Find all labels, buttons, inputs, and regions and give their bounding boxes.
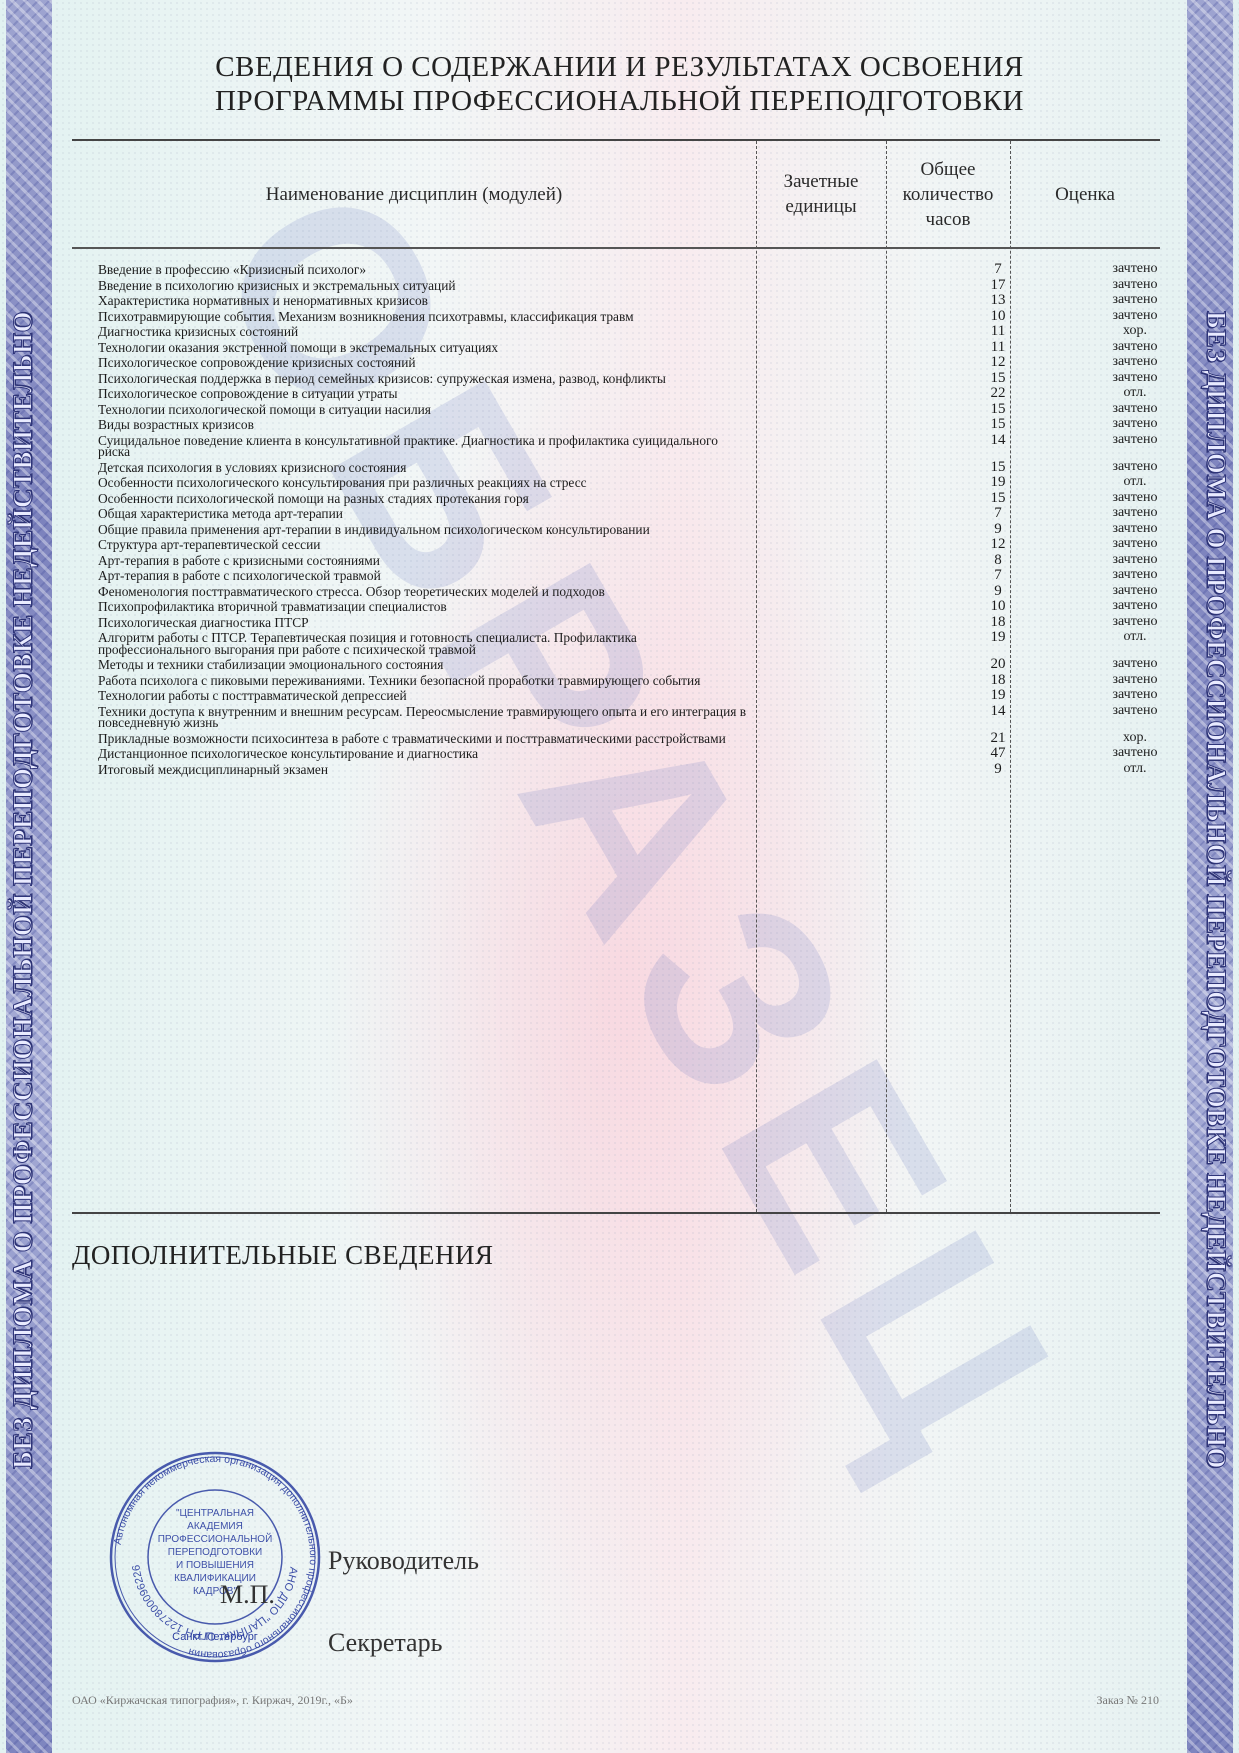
- discipline-name: Алгоритм работы с ПТСР. Терапевтическая …: [98, 630, 748, 657]
- svg-text:И ПОВЫШЕНИЯ: И ПОВЫШЕНИЯ: [176, 1560, 254, 1571]
- discipline-grade: зачтено: [1060, 506, 1210, 519]
- discipline-hours: 10: [936, 599, 1060, 613]
- table-row: Психологическая поддержка в период семей…: [98, 371, 1160, 387]
- discipline-hours: 13: [936, 293, 1060, 307]
- discipline-hours: 7: [936, 262, 1060, 276]
- table-row: Общие правила применения арт-терапии в и…: [98, 522, 1160, 538]
- discipline-grade: зачтено: [1060, 278, 1210, 291]
- discipline-hours: 15: [936, 491, 1060, 505]
- header-credits-line2: единицы: [784, 194, 859, 219]
- svg-text:АКАДЕМИЯ: АКАДЕМИЯ: [187, 1521, 243, 1532]
- discipline-grade: отл.: [1060, 475, 1210, 488]
- table-row: Прикладные возможности психосинтеза в ра…: [98, 731, 1160, 747]
- table-row: Психологическая диагностика ПТСР18зачтен…: [98, 615, 1160, 631]
- discipline-grade: зачтено: [1060, 309, 1210, 322]
- table-row: Итоговый междисциплинарный экзамен9отл.: [98, 762, 1160, 778]
- discipline-hours: 15: [936, 460, 1060, 474]
- table-row: Особенности психологического консультиро…: [98, 475, 1160, 491]
- table-row: Работа психолога с пиковыми переживаниям…: [98, 673, 1160, 689]
- discipline-hours: 11: [936, 324, 1060, 338]
- discipline-name: Введение в профессию «Кризисный психолог…: [98, 262, 748, 278]
- table-row: Структура арт-терапевтической сессии12за…: [98, 537, 1160, 553]
- discipline-name: Арт-терапия в работе с кризисными состоя…: [98, 553, 748, 569]
- discipline-name: Психологическая диагностика ПТСР: [98, 615, 748, 631]
- table-row: Методы и техники стабилизации эмоциональ…: [98, 657, 1160, 673]
- header-hours-line1: Общее: [903, 157, 994, 182]
- discipline-name: Феноменология посттравматического стресс…: [98, 584, 748, 600]
- table-row: Технологии психологической помощи в ситу…: [98, 402, 1160, 418]
- discipline-name: Характеристика нормативных и ненормативн…: [98, 293, 748, 309]
- discipline-hours: 10: [936, 309, 1060, 323]
- seal-place-label: М.П.: [220, 1580, 275, 1610]
- discipline-grade: зачтено: [1060, 688, 1210, 701]
- discipline-name: Общая характеристика метода арт-терапии: [98, 506, 748, 522]
- discipline-grade: зачтено: [1060, 460, 1210, 473]
- table-row: Технологии оказания экстренной помощи в …: [98, 340, 1160, 356]
- table-row: Арт-терапия в работе с психологической т…: [98, 568, 1160, 584]
- discipline-hours: 19: [936, 688, 1060, 702]
- discipline-hours: 20: [936, 657, 1060, 671]
- discipline-name: Особенности психологического консультиро…: [98, 475, 748, 491]
- header-total-hours: Общее количество часов: [886, 141, 1010, 247]
- svg-text:ПЕРЕПОДГОТОВКИ: ПЕРЕПОДГОТОВКИ: [168, 1547, 262, 1558]
- discipline-grade: зачтено: [1060, 402, 1210, 415]
- table-row: Техники доступа к внутренним и внешним р…: [98, 704, 1160, 731]
- additional-info-title: ДОПОЛНИТЕЛЬНЫЕ СВЕДЕНИЯ: [72, 1240, 494, 1271]
- table-row: Характеристика нормативных и ненормативн…: [98, 293, 1160, 309]
- discipline-hours: 15: [936, 402, 1060, 416]
- table-body: Введение в профессию «Кризисный психолог…: [98, 262, 1160, 777]
- table-row: Особенности психологической помощи на ра…: [98, 491, 1160, 507]
- discipline-grade: зачтено: [1060, 355, 1210, 368]
- table-row: Суицидальное поведение клиента в консуль…: [98, 433, 1160, 460]
- discipline-hours: 18: [936, 673, 1060, 687]
- table-row: Психологическое сопровождение кризисных …: [98, 355, 1160, 371]
- discipline-grade: зачтено: [1060, 553, 1210, 566]
- discipline-hours: 12: [936, 355, 1060, 369]
- discipline-grade: зачтено: [1060, 537, 1210, 550]
- discipline-grade: зачтено: [1060, 673, 1210, 686]
- table-row: Общая характеристика метода арт-терапии7…: [98, 506, 1160, 522]
- discipline-name: Итоговый междисциплинарный экзамен: [98, 762, 748, 778]
- secretary-signature-label: Секретарь: [328, 1628, 442, 1658]
- discipline-grade: зачтено: [1060, 433, 1210, 446]
- table-row: Психологическое сопровождение в ситуации…: [98, 386, 1160, 402]
- discipline-grade: зачтено: [1060, 491, 1210, 504]
- discipline-hours: 9: [936, 762, 1060, 776]
- table-row: Виды возрастных кризисов15зачтено: [98, 417, 1160, 433]
- discipline-name: Арт-терапия в работе с психологической т…: [98, 568, 748, 584]
- discipline-name: Виды возрастных кризисов: [98, 417, 748, 433]
- table-row: Детская психология в условиях кризисного…: [98, 460, 1160, 476]
- table-row: Психопрофилактика вторичной травматизаци…: [98, 599, 1160, 615]
- discipline-grade: отл.: [1060, 762, 1210, 775]
- header-discipline-name: Наименование дисциплин (модулей): [72, 141, 756, 247]
- discipline-hours: 19: [936, 475, 1060, 489]
- discipline-hours: 7: [936, 506, 1060, 520]
- discipline-grade: хор.: [1060, 324, 1210, 337]
- discipline-grade: отл.: [1060, 630, 1210, 643]
- table-row: Феноменология посттравматического стресс…: [98, 584, 1160, 600]
- discipline-name: Методы и техники стабилизации эмоциональ…: [98, 657, 748, 673]
- discipline-hours: 9: [936, 522, 1060, 536]
- discipline-name: Психотравмирующие события. Механизм возн…: [98, 309, 748, 325]
- discipline-hours: 21: [936, 731, 1060, 745]
- discipline-grade: зачтено: [1060, 522, 1210, 535]
- discipline-name: Технологии работы с посттравматической д…: [98, 688, 748, 704]
- discipline-name: Особенности психологической помощи на ра…: [98, 491, 748, 507]
- disciplines-table: Наименование дисциплин (модулей) Зачетны…: [72, 139, 1160, 1214]
- discipline-grade: зачтено: [1060, 599, 1210, 612]
- seal-city-text: Санкт Петербург: [172, 1631, 258, 1643]
- discipline-grade: зачтено: [1060, 371, 1210, 384]
- discipline-hours: 15: [936, 371, 1060, 385]
- header-hours-line3: часов: [903, 207, 994, 232]
- discipline-hours: 7: [936, 568, 1060, 582]
- discipline-name: Психологическое сопровождение кризисных …: [98, 355, 748, 371]
- table-row: Алгоритм работы с ПТСР. Терапевтическая …: [98, 630, 1160, 657]
- discipline-hours: 8: [936, 553, 1060, 567]
- discipline-hours: 17: [936, 278, 1060, 292]
- discipline-grade: зачтено: [1060, 340, 1210, 353]
- left-border-text: БЕЗ ДИПЛОМА О ПРОФЕССИОНАЛЬНОЙ ПЕРЕПОДГО…: [8, 311, 39, 1469]
- discipline-grade: зачтено: [1060, 704, 1210, 717]
- discipline-name: Психопрофилактика вторичной травматизаци…: [98, 599, 748, 615]
- discipline-hours: 9: [936, 584, 1060, 598]
- discipline-grade: отл.: [1060, 386, 1210, 399]
- header-hours-line2: количество: [903, 182, 994, 207]
- discipline-hours: 22: [936, 386, 1060, 400]
- discipline-grade: хор.: [1060, 731, 1210, 744]
- discipline-name: Техники доступа к внутренним и внешним р…: [98, 704, 748, 731]
- page-title: СВЕДЕНИЯ О СОДЕРЖАНИИ И РЕЗУЛЬТАТАХ ОСВО…: [0, 50, 1239, 118]
- discipline-name: Прикладные возможности психосинтеза в ра…: [98, 731, 748, 747]
- table-row: Диагностика кризисных состояний11хор.: [98, 324, 1160, 340]
- discipline-name: Психологическая поддержка в период семей…: [98, 371, 748, 387]
- discipline-grade: зачтено: [1060, 746, 1210, 759]
- header-credits: Зачетные единицы: [756, 141, 886, 247]
- header-credits-line1: Зачетные: [784, 169, 859, 194]
- discipline-name: Технологии психологической помощи в ситу…: [98, 402, 748, 418]
- header-grade: Оценка: [1010, 141, 1160, 247]
- header-divider: [72, 247, 1160, 249]
- discipline-grade: зачтено: [1060, 262, 1210, 275]
- discipline-hours: 18: [936, 615, 1060, 629]
- discipline-grade: зачтено: [1060, 584, 1210, 597]
- head-signature-label: Руководитель: [328, 1546, 479, 1576]
- table-row: Введение в психологию кризисных и экстре…: [98, 278, 1160, 294]
- table-row: Введение в профессию «Кризисный психолог…: [98, 262, 1160, 278]
- organization-seal: Автономная некоммерческая организация до…: [100, 1450, 330, 1665]
- discipline-name: Дистанционное психологическое консультир…: [98, 746, 748, 762]
- discipline-name: Общие правила применения арт-терапии в и…: [98, 522, 748, 538]
- printer-imprint: ОАО «Киржачская типография», г. Киржач, …: [72, 1693, 353, 1708]
- discipline-name: Введение в психологию кризисных и экстре…: [98, 278, 748, 294]
- discipline-name: Суицидальное поведение клиента в консуль…: [98, 433, 748, 460]
- discipline-grade: зачтено: [1060, 615, 1210, 628]
- discipline-hours: 19: [936, 630, 1060, 644]
- title-line-2: ПРОГРАММЫ ПРОФЕССИОНАЛЬНОЙ ПЕРЕПОДГОТОВК…: [0, 84, 1239, 118]
- discipline-name: Психологическое сопровождение в ситуации…: [98, 386, 748, 402]
- discipline-grade: зачтено: [1060, 417, 1210, 430]
- discipline-hours: 14: [936, 704, 1060, 718]
- discipline-hours: 14: [936, 433, 1060, 447]
- discipline-hours: 12: [936, 537, 1060, 551]
- title-line-1: СВЕДЕНИЯ О СОДЕРЖАНИИ И РЕЗУЛЬТАТАХ ОСВО…: [0, 50, 1239, 84]
- discipline-grade: зачтено: [1060, 657, 1210, 670]
- table-row: Арт-терапия в работе с кризисными состоя…: [98, 553, 1160, 569]
- discipline-grade: зачтено: [1060, 568, 1210, 581]
- svg-text:ПРОФЕССИОНАЛЬНОЙ: ПРОФЕССИОНАЛЬНОЙ: [158, 1532, 273, 1545]
- discipline-name: Детская психология в условиях кризисного…: [98, 460, 748, 476]
- svg-text:"ЦЕНТРАЛЬНАЯ: "ЦЕНТРАЛЬНАЯ: [176, 1508, 254, 1519]
- discipline-name: Работа психолога с пиковыми переживаниям…: [98, 673, 748, 689]
- discipline-name: Диагностика кризисных состояний: [98, 324, 748, 340]
- table-row: Дистанционное психологическое консультир…: [98, 746, 1160, 762]
- discipline-hours: 15: [936, 417, 1060, 431]
- discipline-name: Структура арт-терапевтической сессии: [98, 537, 748, 553]
- table-row: Технологии работы с посттравматической д…: [98, 688, 1160, 704]
- discipline-name: Технологии оказания экстренной помощи в …: [98, 340, 748, 356]
- discipline-hours: 47: [936, 746, 1060, 760]
- discipline-grade: зачтено: [1060, 293, 1210, 306]
- discipline-hours: 11: [936, 340, 1060, 354]
- table-row: Психотравмирующие события. Механизм возн…: [98, 309, 1160, 325]
- order-number: Заказ № 210: [1096, 1693, 1159, 1708]
